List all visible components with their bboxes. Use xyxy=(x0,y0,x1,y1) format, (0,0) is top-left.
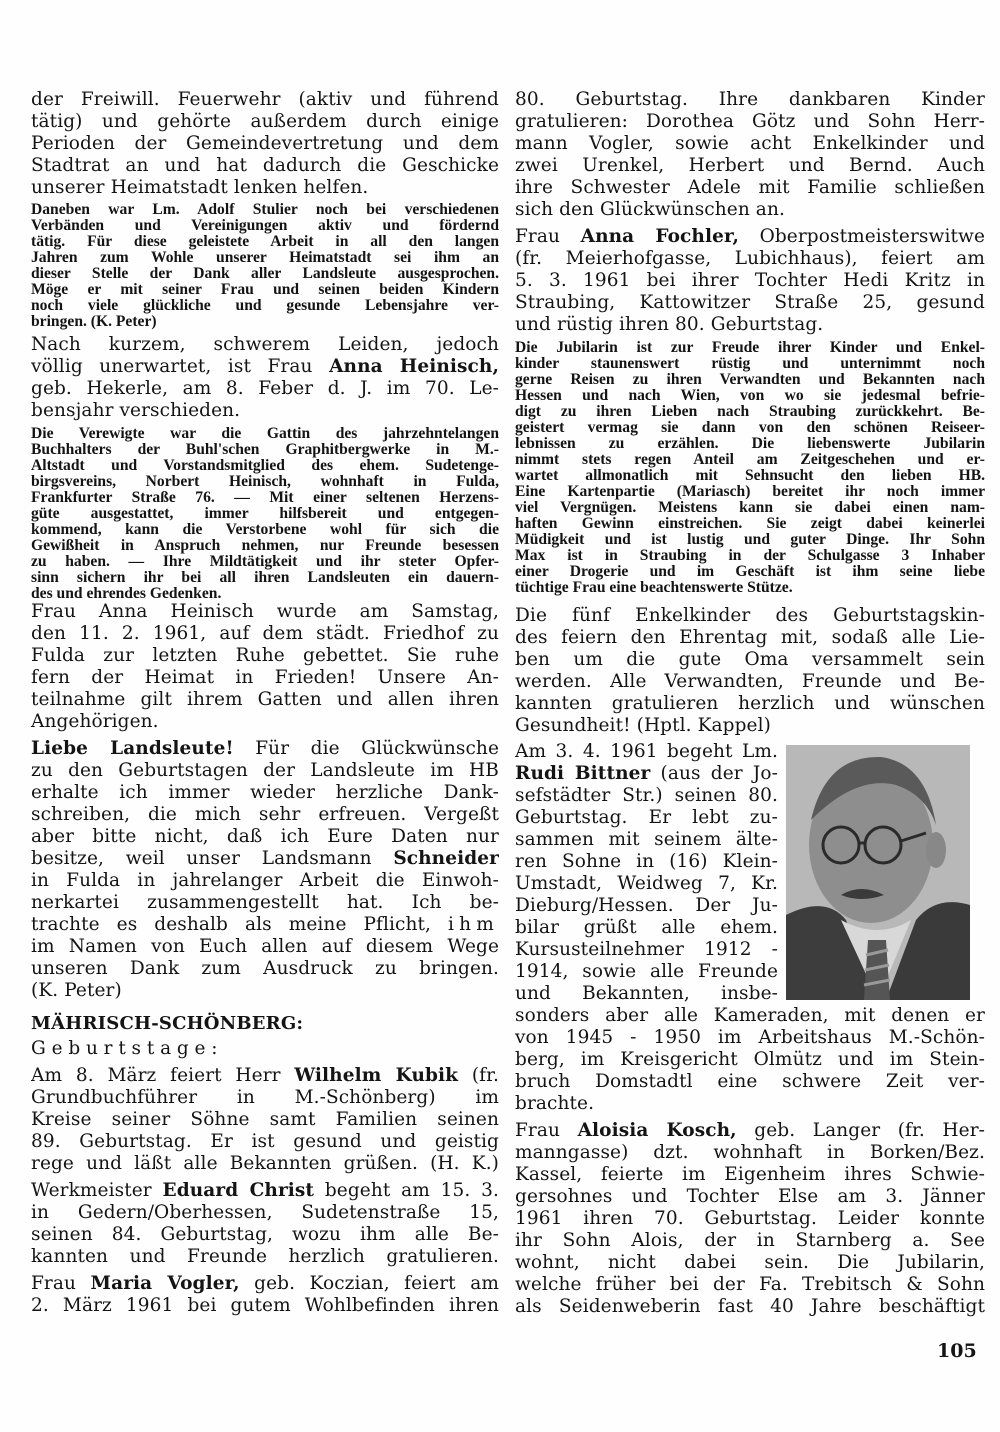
text-span: Am 8. März feiert Herr xyxy=(31,1065,294,1086)
text-line: Kursusteilnehmer 1912 - xyxy=(515,939,778,961)
small-text-line: zu haben. — Ihre Mildtätigkeit und ihr s… xyxy=(31,554,499,570)
text-line: als Seidenweberin fast 40 Jahre beschäft… xyxy=(515,1296,985,1318)
portrait-photo xyxy=(786,745,970,1000)
small-text-line: Gewißheit in Anspruch nehmen, nur Freund… xyxy=(31,538,499,554)
text-line: sefstädter Str.) seinen 80. xyxy=(515,785,778,807)
text-span: völlig unerwartet, ist Frau xyxy=(31,356,329,377)
person-name: Anna Fochler, xyxy=(581,226,739,247)
text-line: den 11. 2. 1961, auf dem städt. Friedhof… xyxy=(31,623,499,645)
small-text-line: kommend, kann die Verstorbene wohl für s… xyxy=(31,522,499,538)
small-text-line: güte ausgestattet, immer hilfsbereit und… xyxy=(31,506,499,522)
text-line: trachte es deshalb als meine Pflicht, ih… xyxy=(31,914,499,936)
small-text-line: Müdigkeit und ist lustig und guter Dinge… xyxy=(515,532,985,548)
text-line: Am 3. 4. 1961 begeht Lm. xyxy=(515,741,778,763)
person-name: Anna Heinisch, xyxy=(329,356,499,377)
text-line: berg, im Kreisgericht Olmütz und im Stei… xyxy=(515,1049,985,1071)
text-line: und rüstig ihren 80. Geburtstag. xyxy=(515,314,985,336)
text-line: gersohnes und Tochter Else am 3. Jänner xyxy=(515,1186,985,1208)
small-text-line: noch viele glückliche und gesunde Lebens… xyxy=(31,298,499,314)
portrait-image-icon xyxy=(786,745,970,1000)
small-text-line: des und ehrendes Gedenken. xyxy=(31,586,499,602)
text-line: 1914, sowie alle Freunde xyxy=(515,961,778,983)
text-line: kannten gratulieren herzlich und wünsche… xyxy=(515,693,985,715)
text-line: Angehörigen. xyxy=(31,711,499,733)
text-line: (K. Peter) xyxy=(31,980,499,1002)
small-text-line: Eine Kartenpartie (Mariasch) bereitet ih… xyxy=(515,484,985,500)
text-line: und Bekannten, insbe- xyxy=(515,983,778,1005)
emphasized-word: ihm xyxy=(448,914,499,935)
person-name: Eduard Christ xyxy=(163,1180,315,1201)
text-line: Dieburg/Hessen. Der Ju- xyxy=(515,895,778,917)
small-text-line: birgsvereins, Norbert Heinisch, wohnhaft… xyxy=(31,474,499,490)
small-text-line: Hessen und nach Wien, von wo sie jedesma… xyxy=(515,388,985,404)
text-line: Perioden der Gemeindevertretung und dem xyxy=(31,133,499,155)
small-text-line: kinder staunenswert rüstig und unternimm… xyxy=(515,356,985,372)
text-line: unserer Heimatstadt lenken helfen. xyxy=(31,177,499,199)
text-line: kannten und Freunde herzlich gratulieren… xyxy=(31,1246,499,1268)
text-line: in Fulda in jahrelanger Arbeit die Einwo… xyxy=(31,870,499,892)
text-span: Für die Glückwünsche xyxy=(234,738,499,759)
text-line: Liebe Landsleute! Für die Glückwünsche xyxy=(31,738,499,760)
text-line: unseren Dank zum Ausdruck zu bringen. xyxy=(31,958,499,980)
text-line: (fr. Meierhofgasse, Lubichhaus), feiert … xyxy=(515,248,985,270)
small-text-line: Buchhalters der Buhl'schen Graphitbergwe… xyxy=(31,442,499,458)
text-span: Frau xyxy=(515,1120,578,1141)
small-text-line: gerne Reisen zu ihren Verwandten und Bek… xyxy=(515,372,985,388)
text-line: in Gedern/Oberhessen, Sudetenstraße 15, xyxy=(31,1202,499,1224)
small-text-line: Frankfurter Straße 76. — Mit einer selte… xyxy=(31,490,499,506)
text-span: begeht am 15. 3. xyxy=(314,1180,499,1201)
text-line: ren Sohne in (16) Klein- xyxy=(515,851,778,873)
text-line: seinen 84. Geburtstag, wozu ihm alle Be- xyxy=(31,1224,499,1246)
small-text-line: haften Gewinn einstreichen. Sie zeigt da… xyxy=(515,516,985,532)
text-line: welche früher bei der Fa. Trebitsch & So… xyxy=(515,1274,985,1296)
text-line: 89. Geburtstag. Er ist gesund und geisti… xyxy=(31,1131,499,1153)
section-heading: MÄHRISCH-SCHÖNBERG: xyxy=(31,1013,331,1035)
text-line: bilar grüßt alle ehem. xyxy=(515,917,778,939)
text-line: bensjahr verschieden. xyxy=(31,400,499,422)
text-line: nerkartei zusammengestellt hat. Ich be- xyxy=(31,892,499,914)
small-text-line: Möge er mit seiner Frau und seinen beide… xyxy=(31,282,499,298)
text-line: zu den Geburtstagen der Landsleute im HB xyxy=(31,760,499,782)
text-line: werden. Alle Verwandten, Freunde und Be- xyxy=(515,671,985,693)
text-line: ihre Schwester Adele mit Familie schließ… xyxy=(515,177,985,199)
text-line: Kassel, feierte im Eigenheim ihres Schwi… xyxy=(515,1164,985,1186)
text-line: fern der Heimat in Frieden! Unsere An- xyxy=(31,667,499,689)
section-subheading: Geburtstage: xyxy=(31,1038,331,1060)
small-text-line: Daneben war Lm. Adolf Stulier noch bei v… xyxy=(31,202,499,218)
text-span: Oberpostmeisterswitwe xyxy=(739,226,985,247)
small-text-line: Altstadt und Vorstandsmitglied des ehem.… xyxy=(31,458,499,474)
text-line: wohnt, nicht dabei sein. Die Jubilarin, xyxy=(515,1252,985,1274)
text-line: ihr Sohn Alois, der in Starnberg a. See xyxy=(515,1230,985,1252)
small-text-line: Verbänden und Vereinigungen aktiv und fö… xyxy=(31,218,499,234)
text-line: völlig unerwartet, ist Frau Anna Heinisc… xyxy=(31,356,499,378)
text-line: teilnahme gilt ihrem Gatten und allen ih… xyxy=(31,689,499,711)
text-line: tätig) und gehörte außerdem durch einige xyxy=(31,111,499,133)
text-line: schreiben, die mich sehr erfreuen. Verge… xyxy=(31,804,499,826)
person-name: Maria Vogler, xyxy=(91,1273,240,1294)
small-text-line: tüchtige Frau eine beachtenswerte Stütze… xyxy=(515,580,985,596)
document-page: der Freiwill. Feuerwehr (aktiv und führe… xyxy=(0,0,1000,1432)
person-name: Wilhelm Kubik xyxy=(294,1065,458,1086)
small-text-line: lebnissen zu erzählen. Die liebenswerte … xyxy=(515,436,985,452)
text-line: aber bitte nicht, daß ich Eure Daten nur xyxy=(31,826,499,848)
text-line: Frau Aloisia Kosch, geb. Langer (fr. Her… xyxy=(515,1120,985,1142)
text-line: Umstadt, Weidweg 7, Kr. xyxy=(515,873,778,895)
text-span: geb. Langer (fr. Her- xyxy=(737,1120,985,1141)
text-span: Frau xyxy=(31,1273,91,1294)
text-line: von 1945 - 1950 im Arbeitshaus M.-Schön- xyxy=(515,1027,985,1049)
page-number: 105 xyxy=(937,1340,977,1362)
text-line: im Namen von Euch allen auf diesem Wege xyxy=(31,936,499,958)
text-line: rege und läßt alle Bekannten grüßen. (H.… xyxy=(31,1153,499,1175)
text-line: Frau Anna Fochler, Oberpostmeisterswitwe xyxy=(515,226,985,248)
text-line: Fulda zur letzten Ruhe gebettet. Sie ruh… xyxy=(31,645,499,667)
text-line: Die fünf Enkelkinder des Geburtstagskin- xyxy=(515,605,985,627)
text-span: (fr. xyxy=(458,1065,499,1086)
small-text-line: viel Vergnügen. Meistens kann sie dabei … xyxy=(515,500,985,516)
text-line: Rudi Bittner (aus der Jo- xyxy=(515,763,778,785)
text-line: brachte. xyxy=(515,1093,985,1115)
person-name: Rudi Bittner xyxy=(515,763,650,784)
small-text-line: Max ist in Straubing in der Schulgasse 3… xyxy=(515,548,985,564)
text-line: der Freiwill. Feuerwehr (aktiv und führe… xyxy=(31,89,499,111)
small-text-line: dieser Stelle der Dank aller Landsleute … xyxy=(31,266,499,282)
text-line: Werkmeister Eduard Christ begeht am 15. … xyxy=(31,1180,499,1202)
person-name: Schneider xyxy=(393,848,499,869)
small-text-line: Jahren zum Wohle unserer Heimatstadt sei… xyxy=(31,250,499,266)
text-line: Kreise seiner Söhne samt Familien seinen xyxy=(31,1109,499,1131)
small-text-line: bringen. (K. Peter) xyxy=(31,314,499,330)
text-line: sonders aber alle Kameraden, mit denen e… xyxy=(515,1005,985,1027)
text-line: gratulieren: Dorothea Götz und Sohn Herr… xyxy=(515,111,985,133)
text-line: Nach kurzem, schwerem Leiden, jedoch xyxy=(31,334,499,356)
small-text-line: Die Verewigte war die Gattin des jahrzeh… xyxy=(31,426,499,442)
text-line: erhalte ich immer wieder herzliche Dank- xyxy=(31,782,499,804)
text-line: Straubing, Kattowitzer Straße 25, gesund xyxy=(515,292,985,314)
text-line: Stadtrat an und hat dadurch die Geschick… xyxy=(31,155,499,177)
text-line: Am 8. März feiert Herr Wilhelm Kubik (fr… xyxy=(31,1065,499,1087)
small-text-line: tätig. Für diese geleistete Arbeit in al… xyxy=(31,234,499,250)
text-span: besitze, weil unser Landsmann xyxy=(31,848,393,869)
small-text-line: digt zu ihren Lieben nach Straubing zurü… xyxy=(515,404,985,420)
text-line: zwei Urenkel, Herbert und Bernd. Auch xyxy=(515,155,985,177)
text-line: 1961 ihren 70. Geburtstag. Leider konnte xyxy=(515,1208,985,1230)
text-line: besitze, weil unser Landsmann Schneider xyxy=(31,848,499,870)
text-line: Frau Anna Heinisch wurde am Samstag, xyxy=(31,601,499,623)
salutation: Liebe Landsleute! xyxy=(31,738,234,759)
text-span: Werkmeister xyxy=(31,1180,163,1201)
text-line: geb. Hekerle, am 8. Feber d. J. im 70. L… xyxy=(31,378,499,400)
text-line: sich den Glückwünschen an. xyxy=(515,199,985,221)
small-text-line: wartet allmonatlich mit Sehnsucht den li… xyxy=(515,468,985,484)
small-text-line: sinn sichern ihr bei all ihren Landsleut… xyxy=(31,570,499,586)
text-line: bruch Domstadtl eine schwere Zeit ver- xyxy=(515,1071,985,1093)
text-line: Gesundheit! (Hptl. Kappel) xyxy=(515,715,985,737)
small-text-line: nimmt stets regen Anteil am Zeitgeschehe… xyxy=(515,452,985,468)
text-line: sammen mit seinem älte- xyxy=(515,829,778,851)
text-line: des feiern den Ehrentag mit, sodaß alle … xyxy=(515,627,985,649)
text-line: ben um die gute Oma versammelt sein xyxy=(515,649,985,671)
text-line: 2. März 1961 bei gutem Wohlbefinden ihre… xyxy=(31,1295,499,1317)
small-text-line: Die Jubilarin ist zur Freude ihrer Kinde… xyxy=(515,340,985,356)
text-line: manngasse) dzt. wohnhaft in Borken/Bez. xyxy=(515,1142,985,1164)
text-span: trachte es deshalb als meine Pflicht, xyxy=(31,914,448,935)
small-text-line: einer Drogerie und im Geschäft ist ihm s… xyxy=(515,564,985,580)
text-line: mann Vogler, sowie acht Enkelkinder und xyxy=(515,133,985,155)
text-span: (aus der Jo- xyxy=(650,763,778,784)
small-text-line: geistert vermag sie dann von den schönen… xyxy=(515,420,985,436)
person-name: Aloisia Kosch, xyxy=(578,1120,737,1141)
text-span: Frau xyxy=(515,226,581,247)
text-line: 80. Geburtstag. Ihre dankbaren Kinder xyxy=(515,89,985,111)
text-span: geb. Koczian, feiert am xyxy=(240,1273,499,1294)
text-line: Grundbuchführer in M.-Schönberg) im xyxy=(31,1087,499,1109)
text-line: Geburtstag. Er lebt zu- xyxy=(515,807,778,829)
text-line: Frau Maria Vogler, geb. Koczian, feiert … xyxy=(31,1273,499,1295)
text-line: 5. 3. 1961 bei ihrer Tochter Hedi Kritz … xyxy=(515,270,985,292)
